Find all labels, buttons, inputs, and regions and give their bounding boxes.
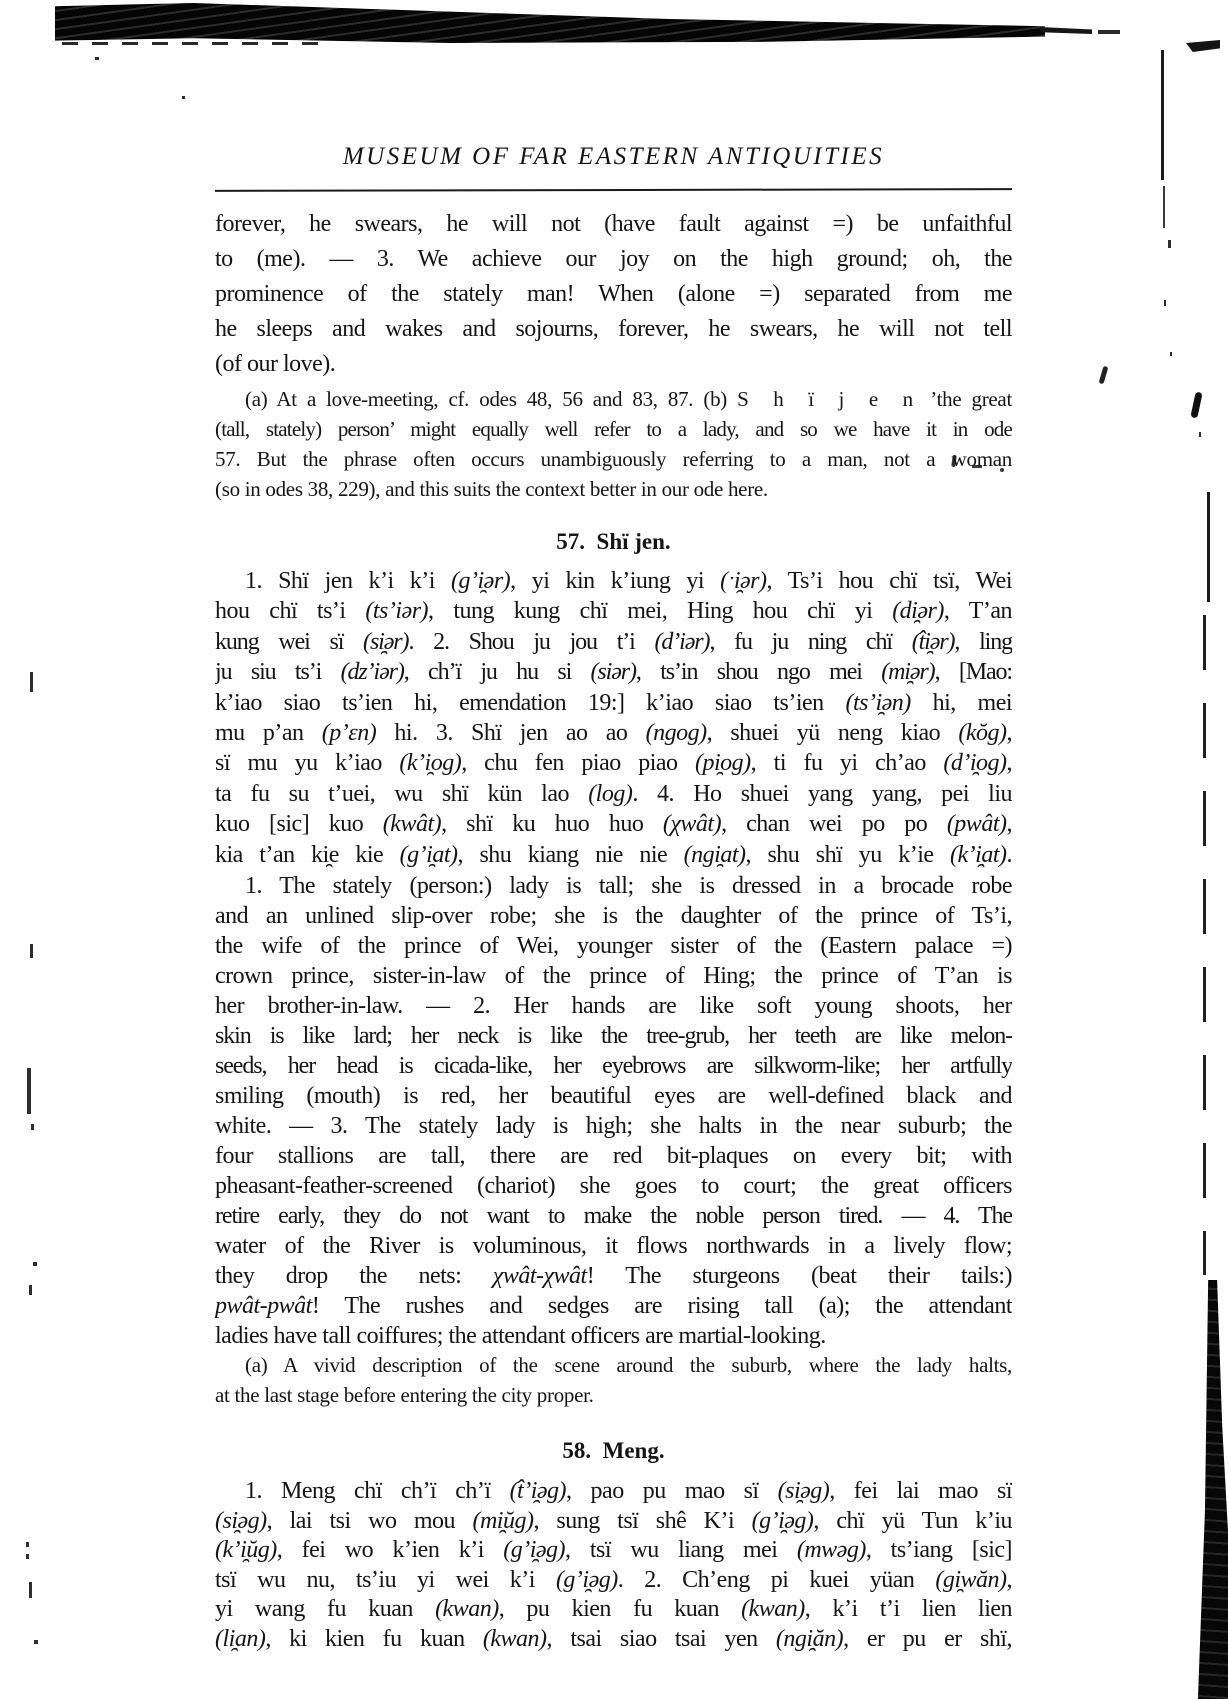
scan-right-line-middle — [1207, 492, 1210, 602]
text-line: kuo [sic] kuo (kwât), shï ku huo huo (χw… — [215, 809, 1012, 839]
scan-margin-speck — [34, 1640, 38, 1644]
text-line: the wife of the prince of Wei, younger s… — [215, 931, 1012, 961]
text-line: white. — 3. The stately lady is high; sh… — [215, 1111, 1012, 1141]
scan-margin-speck — [182, 96, 185, 99]
scan-right-line-upper — [1161, 50, 1164, 180]
scan-right-line-lower — [1203, 615, 1206, 1275]
scan-right-band-bottom — [1196, 1280, 1228, 1699]
book-page-scan: MUSEUM OF FAR EASTERN ANTIQUITIES foreve… — [0, 0, 1228, 1699]
text-line: 1. Meng chï ch’ï ch’ï (t̂’i̯əg), pao pu … — [215, 1477, 1012, 1507]
text-line: pheasant-feather-screened (chariot) she … — [215, 1171, 1012, 1201]
text-line: her brother-in-law. — 2. Her hands are l… — [215, 991, 1012, 1021]
text-line: and an unlined slip-over robe; she is th… — [215, 901, 1012, 931]
paragraph-ode57-romanization: 1. Shï jen k’i k’i (g’i̯ər), yi kin k’iu… — [215, 566, 1012, 870]
scan-right-top-mark — [1186, 40, 1220, 52]
text-line: seeds, her head is cicada-like, her eyeb… — [215, 1051, 1012, 1081]
header-rule — [215, 188, 1012, 192]
text-line: ju siu ts’i (dz’iər), ch’ï ju hu si (siə… — [215, 657, 1012, 687]
text-line: (of our love). — [215, 347, 1012, 382]
paragraph-ode56-translation-end: forever, he swears, he will not (have fa… — [215, 207, 1012, 382]
scan-edge-band-top — [55, 3, 1045, 43]
scan-margin-speck — [26, 1542, 29, 1547]
text-line: hou chï ts’i (ts’iər), tung kung chï mei… — [215, 596, 1012, 626]
text-line: forever, he swears, he will not (have fa… — [215, 207, 1012, 242]
text-line: pwât-pwât! The rushes and sedges are ris… — [215, 1291, 1012, 1321]
text-line: kia t’an ki̯e kie (g’i̯at), shu kiang ni… — [215, 840, 1012, 870]
scan-margin-speck — [1170, 352, 1172, 356]
scan-right-line-upper2 — [1163, 186, 1165, 228]
text-line: (so in odes 38, 229), and this suits the… — [215, 474, 1012, 504]
scan-ink-mark — [1190, 392, 1202, 419]
text-line: (a) At a love-meeting, cf. odes 48, 56 a… — [215, 384, 1012, 414]
scan-edge-dash — [1098, 30, 1120, 34]
text-line: they drop the nets: χwât-χwât! The sturg… — [215, 1261, 1012, 1291]
text-line: ladies have tall coiffures; the attendan… — [215, 1321, 1012, 1351]
text-line: 1. Shï jen k’i k’i (g’i̯ər), yi kin k’iu… — [215, 566, 1012, 596]
running-head: MUSEUM OF FAR EASTERN ANTIQUITIES — [215, 143, 1012, 171]
footnote-ode56: (a) At a love-meeting, cf. odes 48, 56 a… — [215, 384, 1012, 504]
text-line: smiling (mouth) is red, her beautiful ey… — [215, 1081, 1012, 1111]
scan-margin-speck — [26, 1554, 29, 1559]
text-line: yi wang fu kuan (kwan), pu kien fu kuan … — [215, 1595, 1012, 1625]
text-line: crown prince, sister-in-law of the princ… — [215, 961, 1012, 991]
scan-margin-speck — [95, 57, 99, 60]
scan-margin-speck — [30, 672, 33, 692]
scan-edge-band-tail — [1040, 27, 1092, 34]
text-line: (li̯an), ki kien fu kuan (kwan), tsai si… — [215, 1625, 1012, 1655]
text-line: water of the River is voluminous, it flo… — [215, 1231, 1012, 1261]
text-line: he sleeps and wakes and sojourns, foreve… — [215, 312, 1012, 347]
text-line: 57. But the phrase often occurs unambigu… — [215, 444, 1012, 474]
scan-margin-speck — [27, 1068, 31, 1114]
paragraph-ode58-romanization: 1. Meng chï ch’ï ch’ï (t̂’i̯əg), pao pu … — [215, 1477, 1012, 1654]
text-line: k’iao siao ts’ien hi, emendation 19:] k’… — [215, 688, 1012, 718]
text-line: tsï wu nu, ts’iu yi wei k’i (g’i̯əg). 2.… — [215, 1566, 1012, 1596]
text-line: kung wei sï (si̯ər). 2. Shou ju jou t’i … — [215, 627, 1012, 657]
heading-ode58: 58. Meng. — [215, 1438, 1012, 1464]
text-line: sï mu yu k’iao (k’i̯og), chu fen piao pi… — [215, 748, 1012, 778]
scan-margin-speck — [1199, 432, 1201, 437]
text-line: four stallions are tall, there are red b… — [215, 1141, 1012, 1171]
text-line: (si̯əg), lai tsi wo mou (mi̯ŭg), sung ts… — [215, 1507, 1012, 1537]
scan-margin-speck — [1164, 300, 1166, 306]
text-line: prominence of the stately man! When (alo… — [215, 277, 1012, 312]
scan-dashed-line — [62, 42, 324, 45]
scan-ink-mark-2 — [1099, 366, 1109, 385]
scan-margin-speck — [33, 1262, 37, 1266]
scan-margin-speck — [30, 944, 33, 958]
scan-margin-speck — [29, 1582, 32, 1598]
text-line: ta fu su t’uei, wu shï kün lao (log). 4.… — [215, 779, 1012, 809]
text-line: to (me). — 3. We achieve our joy on the … — [215, 242, 1012, 277]
scan-margin-speck — [31, 1124, 34, 1130]
footnote-ode57: (a) A vivid description of the scene aro… — [215, 1350, 1012, 1410]
text-line: skin is like lard; her neck is like the … — [215, 1021, 1012, 1051]
text-line: 1. The stately (person:) lady is tall; s… — [215, 871, 1012, 901]
text-line: (a) A vivid description of the scene aro… — [215, 1350, 1012, 1380]
text-line: (k’i̯ŭg), fei wo k’ien k’i (g’i̯əg), tsï… — [215, 1536, 1012, 1566]
scan-margin-speck — [29, 1285, 32, 1295]
heading-ode57: 57. Shï jen. — [215, 529, 1012, 555]
text-line: at the last stage before entering the ci… — [215, 1380, 1012, 1410]
paragraph-ode57-translation: 1. The stately (person:) lady is tall; s… — [215, 871, 1012, 1351]
text-line: mu p’an (p’ɛn) hi. 3. Shï jen ao ao (ngo… — [215, 718, 1012, 748]
text-line: retire early, they do not want to make t… — [215, 1201, 1012, 1231]
text-line: (tall, stately) person’ might equally we… — [215, 414, 1012, 444]
scan-margin-speck — [1168, 240, 1171, 248]
